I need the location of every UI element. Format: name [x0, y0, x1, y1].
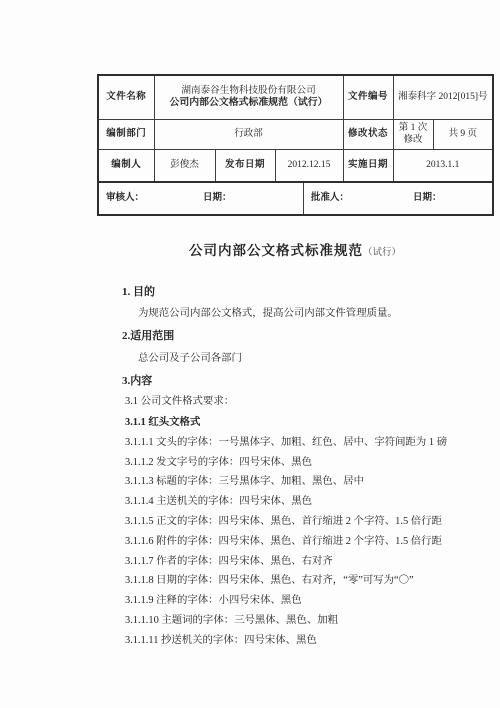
document-page: 文件名称 湖南泰谷生物科技股份有限公司 公司内部公文格式标准规范（试行） 文件编… [0, 0, 500, 708]
body-line: 3.1.1.5 正文的字体：四号宋体、黑色、首行缩进 2 个字符、1.5 倍行距 [125, 512, 470, 532]
publish-date-label: 发布日期 [215, 150, 275, 183]
file-name-value-cell: 湖南泰谷生物科技股份有限公司 公司内部公文格式标准规范（试行） [154, 75, 343, 120]
signature-row: 审核人： 日期： 批准人： 日期： [99, 183, 492, 214]
approver-label: 批准人： [311, 193, 349, 205]
body-line: 3.1.1.4 主送机关的字体：四号宋体、黑色 [125, 492, 470, 512]
body-line: 3.1.1.3 标题的字体：三号黑体字、加粗、黑色、居中 [125, 472, 470, 492]
body-line: 1. 目的 [122, 281, 470, 303]
effective-date-label: 实施日期 [343, 150, 393, 183]
company-name: 湖南泰谷生物科技股份有限公司 [157, 85, 341, 97]
body-line: 3.1.1.11 抄送机关的字体：四号宋体、黑色 [125, 631, 470, 651]
table-row: 审核人： 日期： 批准人： 日期： [98, 182, 493, 215]
table-row: 编制人 彭俊杰 发布日期 2012.12.15 实施日期 2013.1.1 [98, 150, 493, 183]
reviewer-date-label: 日期： [203, 193, 232, 205]
body-line: 3.1.1 红头文格式 [125, 412, 470, 433]
page-title-main: 公司内部公文格式标准规范 [189, 243, 363, 258]
body-line: 3.1.1.8 日期的字体：四号宋体、黑色、右对齐，“零”可写为“〇” [125, 571, 470, 591]
file-number-label: 文件编号 [343, 75, 393, 120]
body-line: 为规范公司内部公文格式，提高公司内部文件管理质量。 [138, 303, 470, 325]
body-line: 2.适用范围 [122, 325, 470, 347]
body-line: 3.1.1.6 附件的字体：四号宋体、黑色、首行缩进 2 个字符、1.5 倍行距 [125, 532, 470, 552]
body-line: 3.1 公司文件格式要求： [125, 392, 470, 412]
author-value: 彭俊杰 [154, 150, 215, 183]
reviewer-label: 审核人： [106, 193, 144, 205]
approver-date-label: 日期： [413, 193, 442, 205]
table-row: 文件名称 湖南泰谷生物科技股份有限公司 公司内部公文格式标准规范（试行） 文件编… [98, 75, 493, 120]
file-name-label: 文件名称 [98, 75, 154, 120]
revision-value: 第 1 次修改 [393, 120, 433, 150]
table-row: 编制部门 行政部 修改状态 第 1 次修改 共 9 页 [98, 120, 493, 150]
page-title: 公司内部公文格式标准规范（试行） [97, 239, 493, 259]
pages-value: 共 9 页 [433, 120, 493, 150]
body-line: 3.内容 [122, 370, 470, 392]
body-line: 3.1.1.10 主题词的字体：三号黑体、黑色、加粗 [125, 611, 470, 631]
body-line: 3.1.1.2 发文字号的字体：四号宋体、黑色 [125, 453, 470, 473]
page-title-suffix: （试行） [363, 248, 401, 258]
approver-cell: 批准人： 日期： [304, 183, 492, 214]
doc-title-line: 公司内部公文格式标准规范（试行） [157, 97, 341, 109]
body-line: 3.1.1.7 作者的字体：四号宋体、黑色、右对齐 [125, 552, 470, 572]
body-line: 3.1.1.1 文头的字体：一号黑体字、加粗、红色、居中、字符间距为 1 磅 [125, 433, 470, 453]
file-number-value: 湘泰科字 2012[015]号 [393, 75, 493, 120]
body-line: 3.1.1.9 注释的字体：小四号宋体、黑色 [125, 591, 470, 611]
dept-label: 编制部门 [98, 120, 154, 150]
revision-label: 修改状态 [343, 120, 393, 150]
document-header-table: 文件名称 湖南泰谷生物科技股份有限公司 公司内部公文格式标准规范（试行） 文件编… [97, 74, 494, 216]
effective-date-value: 2013.1.1 [393, 150, 493, 183]
reviewer-cell: 审核人： 日期： [99, 183, 304, 214]
dept-value: 行政部 [154, 120, 343, 150]
publish-date-value: 2012.12.15 [275, 150, 343, 183]
author-label: 编制人 [98, 150, 154, 183]
body-lines: 1. 目的为规范公司内部公文格式，提高公司内部文件管理质量。2.适用范围总公司及… [98, 281, 470, 651]
body-line: 总公司及子公司各部门 [138, 348, 470, 370]
